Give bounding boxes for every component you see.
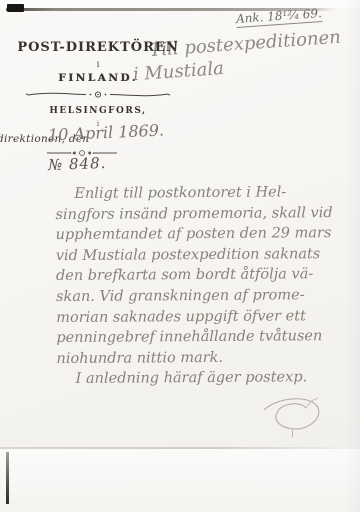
body-line: vid Mustiala postexpedition saknats [56,244,352,267]
body-line: I anledning häraf äger postexp. [57,367,353,390]
letterhead-country: FINLAND. [10,72,186,84]
letterhead-connector: i [10,60,186,69]
page-right-shading [344,0,360,512]
scanned-letter-page: Ank. 18¹²⁄₄ 69. Till postexpeditionen i … [0,0,360,512]
body-line: Enligt till postkontoret i Hel- [55,182,351,205]
body-line: morian saknades uppgift öfver ett [56,306,352,329]
document-number: № 848. [48,154,107,174]
letterhead: POST-DIREKTÖREN i FINLAND. HELSINGFORS, … [10,40,186,128]
scan-artifact-blob [7,4,24,12]
body-line: den brefkarta som bordt åtfölja vä- [56,264,352,287]
body-line: niohundra nittio mark. [56,347,352,370]
letterhead-city: HELSINGFORS, [10,106,186,116]
letterhead-title: POST-DIREKTÖREN [10,40,186,55]
filing-mark-c-flourish [262,388,326,444]
body-line: singfors insänd promemoria, skall vid [55,203,351,226]
letter-body: Enligt till postkontoret i Hel- singfors… [55,182,352,390]
body-line: skan. Vid granskningen af prome- [56,285,352,308]
scan-background-bottom [0,449,360,512]
body-line: upphemtandet af posten den 29 mars [56,223,352,246]
handwritten-date: 10 April 1869. [48,120,165,144]
scan-edge-strip [6,452,9,504]
swash-divider-ornament [10,88,186,100]
body-line: penningebref innehållande tvåtusen [56,326,352,349]
